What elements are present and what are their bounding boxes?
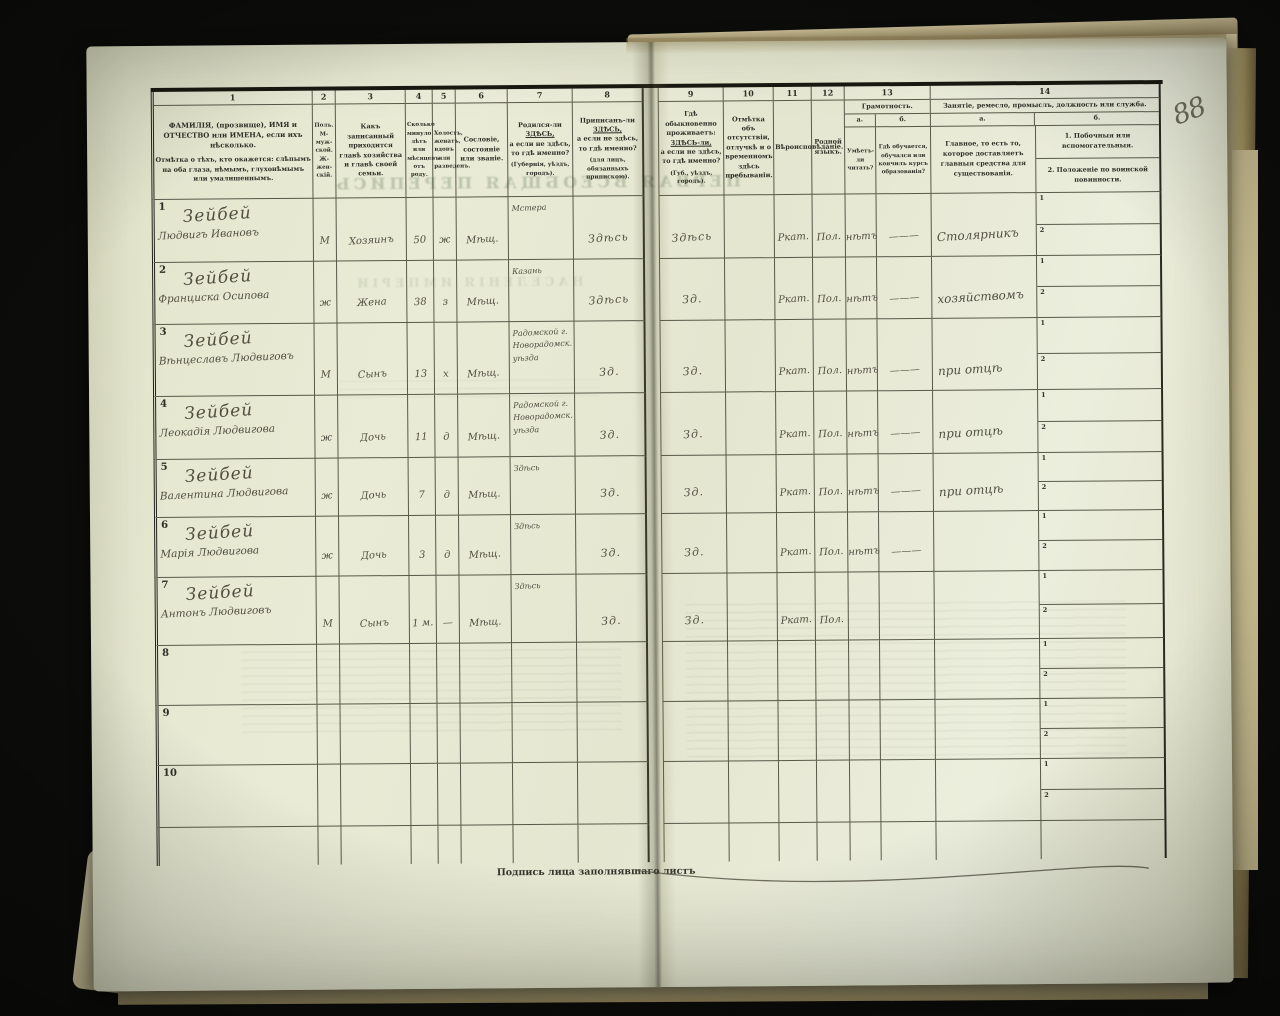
cell-marital: з bbox=[434, 261, 457, 323]
military-status-subcell: 2 bbox=[1039, 539, 1162, 570]
handwritten-given-name bbox=[161, 646, 316, 653]
col-number: 3 bbox=[336, 90, 406, 105]
cell-estate: Мѣщ. bbox=[459, 575, 512, 643]
cell-birthplace: Здѣсь bbox=[511, 515, 576, 576]
handwritten-surname: Зейбей bbox=[184, 459, 315, 487]
cell-name: 5 Зейбей Валентина Людвигова bbox=[154, 459, 316, 518]
census-form-sheet: ПЕРВАЯ ВСЕОБЩАЯ ПЕРЕПИСЬ НАСЕЛЕНІЯ ИМПЕР… bbox=[86, 38, 1233, 992]
side-occupation-subcell: 1 bbox=[1038, 389, 1161, 420]
center-fold-gap bbox=[647, 456, 661, 514]
cell-absence bbox=[727, 513, 777, 573]
col-number: 2 bbox=[313, 91, 336, 105]
cell-main-occupation bbox=[934, 571, 1040, 640]
cell-estate bbox=[460, 703, 512, 763]
cell-religion bbox=[778, 701, 816, 761]
military-status-subcell: 2 bbox=[1038, 352, 1161, 389]
cell-birthplace: Здѣсь bbox=[511, 575, 577, 644]
age-stain bbox=[626, 34, 1226, 55]
cell-can-read: нѣтъ bbox=[848, 454, 879, 512]
table-header: 1 2 3 4 5 6 7 8 9 10 11 12 13 14 bbox=[151, 80, 1164, 200]
literacy-sub-b-label: б. bbox=[876, 114, 930, 126]
header-military-status: 2. Положеніе по воинской повинности. bbox=[1036, 158, 1159, 192]
cell-main-occupation bbox=[935, 639, 1040, 700]
cell-residence: Зд. bbox=[659, 258, 725, 321]
cell-language bbox=[817, 761, 850, 823]
cell-can-read: нѣтъ bbox=[846, 319, 878, 391]
cell-side-occupation: 1 2 bbox=[1039, 510, 1164, 571]
cell-religion: Ркат. bbox=[777, 573, 816, 641]
handwritten-given-name: Антонъ Людвиговъ bbox=[161, 602, 316, 621]
cell-marital bbox=[437, 704, 460, 764]
cell-education: ——— bbox=[879, 454, 934, 512]
cell-can-read: нѣтъ bbox=[847, 391, 878, 454]
census-row: 7 Зейбей Антонъ Людвиговъ М Сынъ 1 м. — … bbox=[154, 570, 1167, 646]
military-status-subcell: 2 bbox=[1041, 788, 1164, 820]
cell-marital: ж bbox=[434, 198, 457, 261]
header-sex: Полъ.М-муж- ской.Ж-жен- скій. bbox=[313, 105, 337, 199]
cell-main-occupation: Столярникъ bbox=[931, 193, 1036, 257]
header-estate: Сословіе, состояніе или званіе. bbox=[456, 103, 509, 197]
cell-language: Пол. bbox=[815, 573, 849, 641]
cell-language: Пол. bbox=[814, 392, 847, 455]
cell-sex bbox=[317, 705, 340, 765]
cell-education: ——— bbox=[878, 391, 933, 454]
cell-age: 3 bbox=[409, 516, 436, 576]
handwritten-surname bbox=[186, 645, 316, 653]
census-row: 3 Зейбей Вѣнцеславъ Людвиговъ М Сынъ 13 … bbox=[152, 317, 1165, 397]
header-birthplace: Родился-лиЗДѢСЬ, а если не здѣсь, то гдѣ… bbox=[508, 103, 574, 198]
cell-estate: Мѣщ. bbox=[457, 260, 509, 322]
cell-absence bbox=[727, 573, 778, 641]
cell-main-occupation: хозяйствомъ bbox=[932, 256, 1037, 319]
handwritten-surname bbox=[187, 765, 317, 773]
military-status-subcell: 2 bbox=[1037, 223, 1160, 255]
cell-language bbox=[816, 701, 849, 761]
center-fold-gap bbox=[647, 574, 662, 642]
handwritten-given-name: Людвигъ Ивановъ bbox=[158, 224, 313, 243]
header-registration: Приписанъ-лиЗДѢСЬ, а если не здѣсь, то г… bbox=[573, 102, 645, 197]
cell-residence: Зд. bbox=[660, 392, 726, 456]
cell-marital: х bbox=[434, 323, 458, 395]
cell-relation: Сынъ bbox=[339, 576, 410, 645]
side-occupation-subcell: 1 bbox=[1039, 452, 1162, 481]
cell-relation: Дочь bbox=[338, 395, 408, 459]
cell-main-occupation: при отцѣ bbox=[932, 318, 1038, 391]
side-occupation-subcell: 1 bbox=[1040, 698, 1163, 728]
cell-name: 7 Зейбей Антонъ Людвиговъ bbox=[154, 577, 317, 646]
census-row: 4 Зейбей Леокадія Людвигова ж Дочь 11 д … bbox=[153, 389, 1165, 460]
cell-side-occupation: 1 2 bbox=[1036, 192, 1161, 256]
col-number: 13 bbox=[845, 86, 931, 101]
cell-education bbox=[880, 640, 935, 700]
row-number: 2 bbox=[159, 265, 166, 276]
cell-age bbox=[410, 644, 437, 704]
cell-side-occupation: 1 2 bbox=[1037, 317, 1163, 390]
handwritten-given-name: Марія Людвигова bbox=[160, 542, 315, 561]
col-number: 9 bbox=[658, 87, 724, 102]
row-number: 8 bbox=[162, 648, 169, 659]
census-row: 1 Зейбей Людвигъ Ивановъ М Хозяинъ 50 ж … bbox=[152, 192, 1164, 263]
row-number: 7 bbox=[161, 580, 168, 591]
cell-age: 50 bbox=[407, 198, 434, 261]
cell-absence bbox=[729, 761, 779, 823]
cell-relation: Жена bbox=[337, 261, 407, 324]
cell-can-read: нѣтъ bbox=[848, 512, 879, 572]
census-row: 8 1 2 bbox=[155, 638, 1167, 706]
side-occupation-subcell: 1 bbox=[1036, 192, 1159, 223]
census-table: 1 2 3 4 5 6 7 8 9 10 11 12 13 14 bbox=[151, 80, 1169, 866]
row-number: 9 bbox=[163, 708, 170, 719]
cell-residence: Зд. bbox=[661, 573, 728, 642]
cell-can-read bbox=[850, 760, 881, 822]
cell-residence bbox=[662, 701, 728, 762]
row-number: 6 bbox=[161, 520, 168, 531]
cell-relation bbox=[340, 644, 410, 705]
cell-language: Пол. bbox=[812, 195, 845, 258]
side-occupation-subcell: 1 bbox=[1040, 638, 1163, 668]
census-row: 5 Зейбей Валентина Людвигова ж Дочь 7 д … bbox=[154, 452, 1166, 518]
cell-age: 1 м. bbox=[409, 576, 437, 644]
cell-name: 2 Зейбей Франциска Осипова bbox=[152, 262, 314, 325]
cell-side-occupation: 1 2 bbox=[1038, 389, 1163, 453]
col-number: 7 bbox=[508, 89, 573, 104]
header-literacy-group: Грамотность. а. б. Умѣетъ-ли читать? Гдѣ… bbox=[845, 100, 932, 195]
cell-residence: Зд. bbox=[661, 513, 727, 574]
cell-sex: ж bbox=[316, 517, 339, 577]
cell-marital bbox=[437, 644, 460, 704]
header-religion: Вѣроисповѣданіе. bbox=[774, 101, 813, 195]
cell-residence: Зд. bbox=[661, 455, 727, 514]
cell-name: 3 Зейбей Вѣнцеславъ Людвиговъ bbox=[152, 324, 315, 397]
cell-age: 11 bbox=[408, 395, 435, 458]
cell-residence bbox=[662, 641, 728, 702]
cell-relation bbox=[341, 764, 411, 827]
cell-registration: Зд. bbox=[574, 321, 646, 394]
row-number: 3 bbox=[160, 327, 167, 338]
cell-education bbox=[879, 572, 935, 640]
handwritten-surname: Зейбей bbox=[185, 577, 316, 605]
col-number: 5 bbox=[433, 90, 456, 104]
cell-can-read bbox=[849, 640, 880, 700]
occupation-sub-a-label: а. bbox=[931, 113, 1035, 125]
cell-age bbox=[411, 764, 438, 826]
cell-absence bbox=[725, 320, 776, 392]
cell-birthplace: Мстера bbox=[509, 197, 574, 261]
header-relation: Какъ записанный приходится главѣ хозяйст… bbox=[336, 104, 407, 199]
cell-registration bbox=[577, 642, 648, 703]
cell-estate bbox=[461, 763, 513, 825]
cell-sex: ж bbox=[314, 262, 337, 324]
cell-estate: Мѣщ. bbox=[457, 197, 509, 260]
cell-birthplace bbox=[512, 643, 577, 704]
cell-sex: М bbox=[316, 577, 340, 645]
side-occupation-subcell: 1 bbox=[1039, 570, 1162, 604]
census-row: 9 1 2 bbox=[155, 698, 1167, 766]
cell-marital: д bbox=[436, 458, 459, 516]
cell-birthplace: Радомской г. Новорадомск. уѣзда bbox=[509, 322, 575, 395]
cell-education: ——— bbox=[877, 319, 933, 391]
header-name-line1: ФАМИЛІЯ, (прозвище), ИМЯ и ОТЧЕСТВО или … bbox=[155, 119, 311, 151]
cell-absence bbox=[727, 455, 777, 513]
cell-can-read bbox=[849, 700, 880, 760]
cell-name: 8 bbox=[155, 645, 317, 706]
military-status-subcell: 2 bbox=[1037, 285, 1160, 317]
cell-relation: Дочь bbox=[339, 458, 409, 517]
cell-absence bbox=[728, 701, 778, 761]
cell-name: 1 Зейбей Людвигъ Ивановъ bbox=[152, 199, 314, 263]
cell-registration: Зд. bbox=[576, 574, 648, 643]
cell-can-read: нѣтъ bbox=[845, 194, 876, 257]
center-fold-gap bbox=[645, 259, 659, 321]
military-status-subcell: 2 bbox=[1040, 603, 1163, 638]
cell-birthplace bbox=[513, 763, 578, 826]
cell-sex bbox=[318, 765, 341, 827]
sheet-stack-right-edge-light bbox=[1232, 150, 1258, 870]
center-fold-gap bbox=[644, 102, 659, 196]
cell-registration bbox=[577, 702, 648, 763]
handwritten-surname: Зейбей bbox=[183, 324, 314, 352]
cell-language: Пол. bbox=[815, 513, 848, 573]
cell-sex: ж bbox=[315, 396, 338, 459]
cell-absence bbox=[728, 641, 778, 701]
cell-relation: Хозяинъ bbox=[337, 198, 407, 262]
cell-sex: М bbox=[314, 324, 338, 396]
cell-side-occupation: 1 2 bbox=[1037, 255, 1162, 318]
cell-age: 7 bbox=[409, 458, 436, 516]
folio-number: 88 bbox=[1168, 91, 1209, 131]
handwritten-surname: Зейбей bbox=[184, 396, 315, 424]
side-occupation-subcell: 1 bbox=[1039, 510, 1162, 540]
cell-estate: Мѣщ. bbox=[457, 322, 510, 394]
row-number: 1 bbox=[159, 202, 166, 213]
center-fold-gap bbox=[647, 514, 661, 574]
cell-residence: Здѣсь bbox=[658, 195, 724, 259]
cell-side-occupation: 1 2 bbox=[1040, 638, 1165, 699]
header-marital: Холостъ, женатъ, вдовъ или разведенъ. bbox=[433, 104, 457, 198]
cell-marital: д bbox=[436, 516, 459, 576]
col-number: 12 bbox=[812, 87, 845, 101]
cell-registration: Зд. bbox=[576, 514, 647, 575]
cell-registration: Здѣсь bbox=[574, 196, 645, 260]
military-status-subcell: 2 bbox=[1041, 727, 1164, 758]
cell-marital: — bbox=[436, 576, 460, 644]
photo-background: ПЕРВАЯ ВСЕОБЩАЯ ПЕРЕПИСЬ НАСЕЛЕНІЯ ИМПЕР… bbox=[0, 0, 1280, 1016]
cell-marital: д bbox=[435, 395, 458, 458]
cell-registration: Зд. bbox=[575, 393, 646, 457]
row-number: 4 bbox=[160, 399, 167, 410]
header-occupation-group: Занятіе, ремесло, промыслъ, должность ил… bbox=[931, 98, 1162, 194]
cell-religion: Ркат. bbox=[777, 513, 815, 573]
cell-age bbox=[410, 704, 437, 764]
cell-religion: Ркат. bbox=[775, 320, 814, 392]
literacy-sub-a-label: а. bbox=[845, 115, 876, 127]
header-name-column: ФАМИЛІЯ, (прозвище), ИМЯ и ОТЧЕСТВО или … bbox=[151, 105, 314, 200]
header-education: Гдѣ обучается, обучался или кончилъ курс… bbox=[876, 127, 931, 194]
census-row: 10 1 2 bbox=[156, 758, 1168, 828]
cell-absence bbox=[725, 258, 775, 320]
cell-language: Пол. bbox=[815, 455, 848, 513]
cell-birthplace bbox=[512, 703, 577, 764]
cell-side-occupation: 1 2 bbox=[1039, 570, 1165, 639]
cell-education: ——— bbox=[879, 512, 934, 572]
cell-education: ——— bbox=[876, 194, 931, 257]
cell-relation bbox=[340, 704, 410, 765]
cell-language bbox=[816, 641, 849, 701]
cell-estate: Мѣщ. bbox=[459, 457, 511, 515]
cell-name: 4 Зейбей Леокадія Людвигова bbox=[153, 396, 315, 460]
cell-birthplace: Радомской г. Новорадомск. уѣзда bbox=[510, 394, 575, 458]
cell-residence bbox=[663, 761, 729, 824]
cell-religion: Ркат. bbox=[774, 195, 812, 258]
header-can-read: Умѣетъ-ли читать? bbox=[845, 127, 877, 193]
cell-absence bbox=[726, 392, 776, 455]
military-status-subcell: 2 bbox=[1040, 667, 1163, 698]
signature-flourish bbox=[633, 856, 1153, 890]
header-side-occupation: 1. Побочныя или вспомогательныя. bbox=[1036, 125, 1159, 160]
handwritten-given-name: Франциска Осипова bbox=[158, 287, 313, 306]
row-number: 10 bbox=[163, 768, 177, 779]
handwritten-given-name bbox=[162, 706, 317, 713]
col-number: 8 bbox=[573, 88, 644, 103]
center-fold-gap bbox=[648, 702, 662, 762]
cell-name: 6 Зейбей Марія Людвигова bbox=[154, 517, 316, 578]
header-absence: Отмѣтка объ отсутствіи, отлучкѣ и о врем… bbox=[724, 101, 775, 195]
cell-religion bbox=[779, 761, 817, 823]
occupation-sub-b-label: б. bbox=[1035, 112, 1159, 124]
cell-estate: Мѣщ. bbox=[459, 515, 511, 575]
cell-main-occupation bbox=[935, 699, 1040, 760]
center-fold-gap bbox=[649, 762, 663, 824]
cell-main-occupation: при отцѣ bbox=[933, 390, 1038, 454]
center-fold-gap bbox=[645, 321, 660, 393]
cell-relation: Сынъ bbox=[337, 323, 408, 396]
center-fold-gap bbox=[644, 196, 658, 259]
cell-marital bbox=[438, 764, 461, 826]
center-fold-gap bbox=[648, 642, 662, 702]
header-residence: Гдѣ обыкновенно проживаетъ:ЗДѢСЬ-ли, а е… bbox=[658, 101, 725, 196]
header-age: Сколько минуло лѣтъ или мѣсяцевъ отъ род… bbox=[406, 104, 434, 198]
col-number: 6 bbox=[456, 89, 508, 103]
cell-education bbox=[881, 760, 936, 822]
handwritten-given-name: Леокадія Людвигова bbox=[159, 421, 314, 440]
cell-sex: ж bbox=[316, 459, 339, 517]
cell-side-occupation: 1 2 bbox=[1040, 698, 1165, 759]
cell-language: Пол. bbox=[813, 320, 847, 392]
handwritten-given-name bbox=[162, 766, 317, 773]
cell-name: 9 bbox=[155, 705, 317, 766]
col-number: 1 bbox=[151, 91, 313, 106]
cell-registration: Здѣсь bbox=[574, 259, 645, 322]
cell-absence bbox=[724, 195, 774, 258]
cell-sex: М bbox=[314, 199, 337, 262]
cell-registration bbox=[578, 762, 649, 825]
cell-age: 13 bbox=[407, 323, 435, 395]
cell-relation: Дочь bbox=[339, 516, 409, 577]
cell-residence: Зд. bbox=[659, 320, 726, 393]
center-fold-gap bbox=[644, 88, 658, 102]
handwritten-surname: Зейбей bbox=[183, 262, 314, 290]
col-number: 10 bbox=[724, 87, 774, 101]
header-name-line2: Отмѣтка о тѣхъ, кто окажется: слѣпымъ на… bbox=[155, 155, 311, 184]
cell-birthplace: Казань bbox=[509, 260, 574, 323]
header-language: Родной языкъ. bbox=[812, 101, 846, 195]
handwritten-surname bbox=[187, 705, 317, 713]
census-row: 6 Зейбей Марія Людвигова ж Дочь 3 д Мѣщ.… bbox=[154, 510, 1166, 578]
table-body: 1 Зейбей Людвигъ Ивановъ М Хозяинъ 50 ж … bbox=[152, 192, 1169, 828]
header-literacy-title: Грамотность. bbox=[845, 100, 930, 115]
cell-registration: Зд. bbox=[576, 456, 647, 515]
row-number: 5 bbox=[161, 462, 168, 473]
col-number: 11 bbox=[774, 87, 812, 101]
cell-side-occupation: 1 2 bbox=[1039, 452, 1164, 511]
cell-religion: Ркат. bbox=[776, 392, 814, 455]
cell-birthplace: Здѣсь bbox=[511, 457, 576, 516]
side-occupation-subcell: 1 bbox=[1041, 758, 1164, 789]
cell-religion bbox=[778, 641, 816, 701]
cell-main-occupation bbox=[936, 759, 1041, 822]
military-status-subcell: 2 bbox=[1038, 420, 1161, 452]
cell-sex bbox=[317, 645, 340, 705]
military-status-subcell: 2 bbox=[1039, 480, 1162, 510]
cell-education bbox=[880, 700, 935, 760]
census-row: 2 Зейбей Франциска Осипова ж Жена 38 з М… bbox=[152, 255, 1164, 325]
side-occupation-subcell: 1 bbox=[1037, 255, 1160, 286]
cell-age: 38 bbox=[407, 261, 434, 323]
cell-side-occupation: 1 2 bbox=[1041, 758, 1166, 821]
cell-estate: Мѣщ. bbox=[458, 394, 510, 457]
cell-estate bbox=[460, 643, 512, 703]
cell-can-read: нѣтъ bbox=[846, 257, 877, 319]
cell-religion: Ркат. bbox=[777, 455, 815, 513]
col-number: 4 bbox=[406, 90, 433, 104]
cell-can-read bbox=[848, 572, 880, 640]
center-fold-gap bbox=[646, 393, 660, 456]
cell-religion: Ркат. bbox=[775, 258, 813, 320]
handwritten-given-name: Вѣнцеславъ Людвиговъ bbox=[159, 349, 314, 368]
handwritten-given-name: Валентина Людвигова bbox=[160, 484, 315, 503]
cell-main-occupation: при отцѣ bbox=[934, 453, 1039, 512]
handwritten-surname: Зейбей bbox=[185, 517, 316, 545]
handwritten-surname: Зейбей bbox=[182, 199, 313, 227]
column-header-row: ФАМИЛІЯ, (прозвище), ИМЯ и ОТЧЕСТВО или … bbox=[151, 98, 1164, 200]
cell-name: 10 bbox=[156, 765, 318, 828]
header-main-occupation: Главное, то есть то, которое доставляетъ… bbox=[931, 126, 1037, 193]
cell-main-occupation bbox=[934, 511, 1039, 572]
cell-language: Пол. bbox=[813, 258, 846, 320]
cell-education: ——— bbox=[877, 257, 932, 319]
side-occupation-subcell: 1 bbox=[1037, 317, 1160, 353]
